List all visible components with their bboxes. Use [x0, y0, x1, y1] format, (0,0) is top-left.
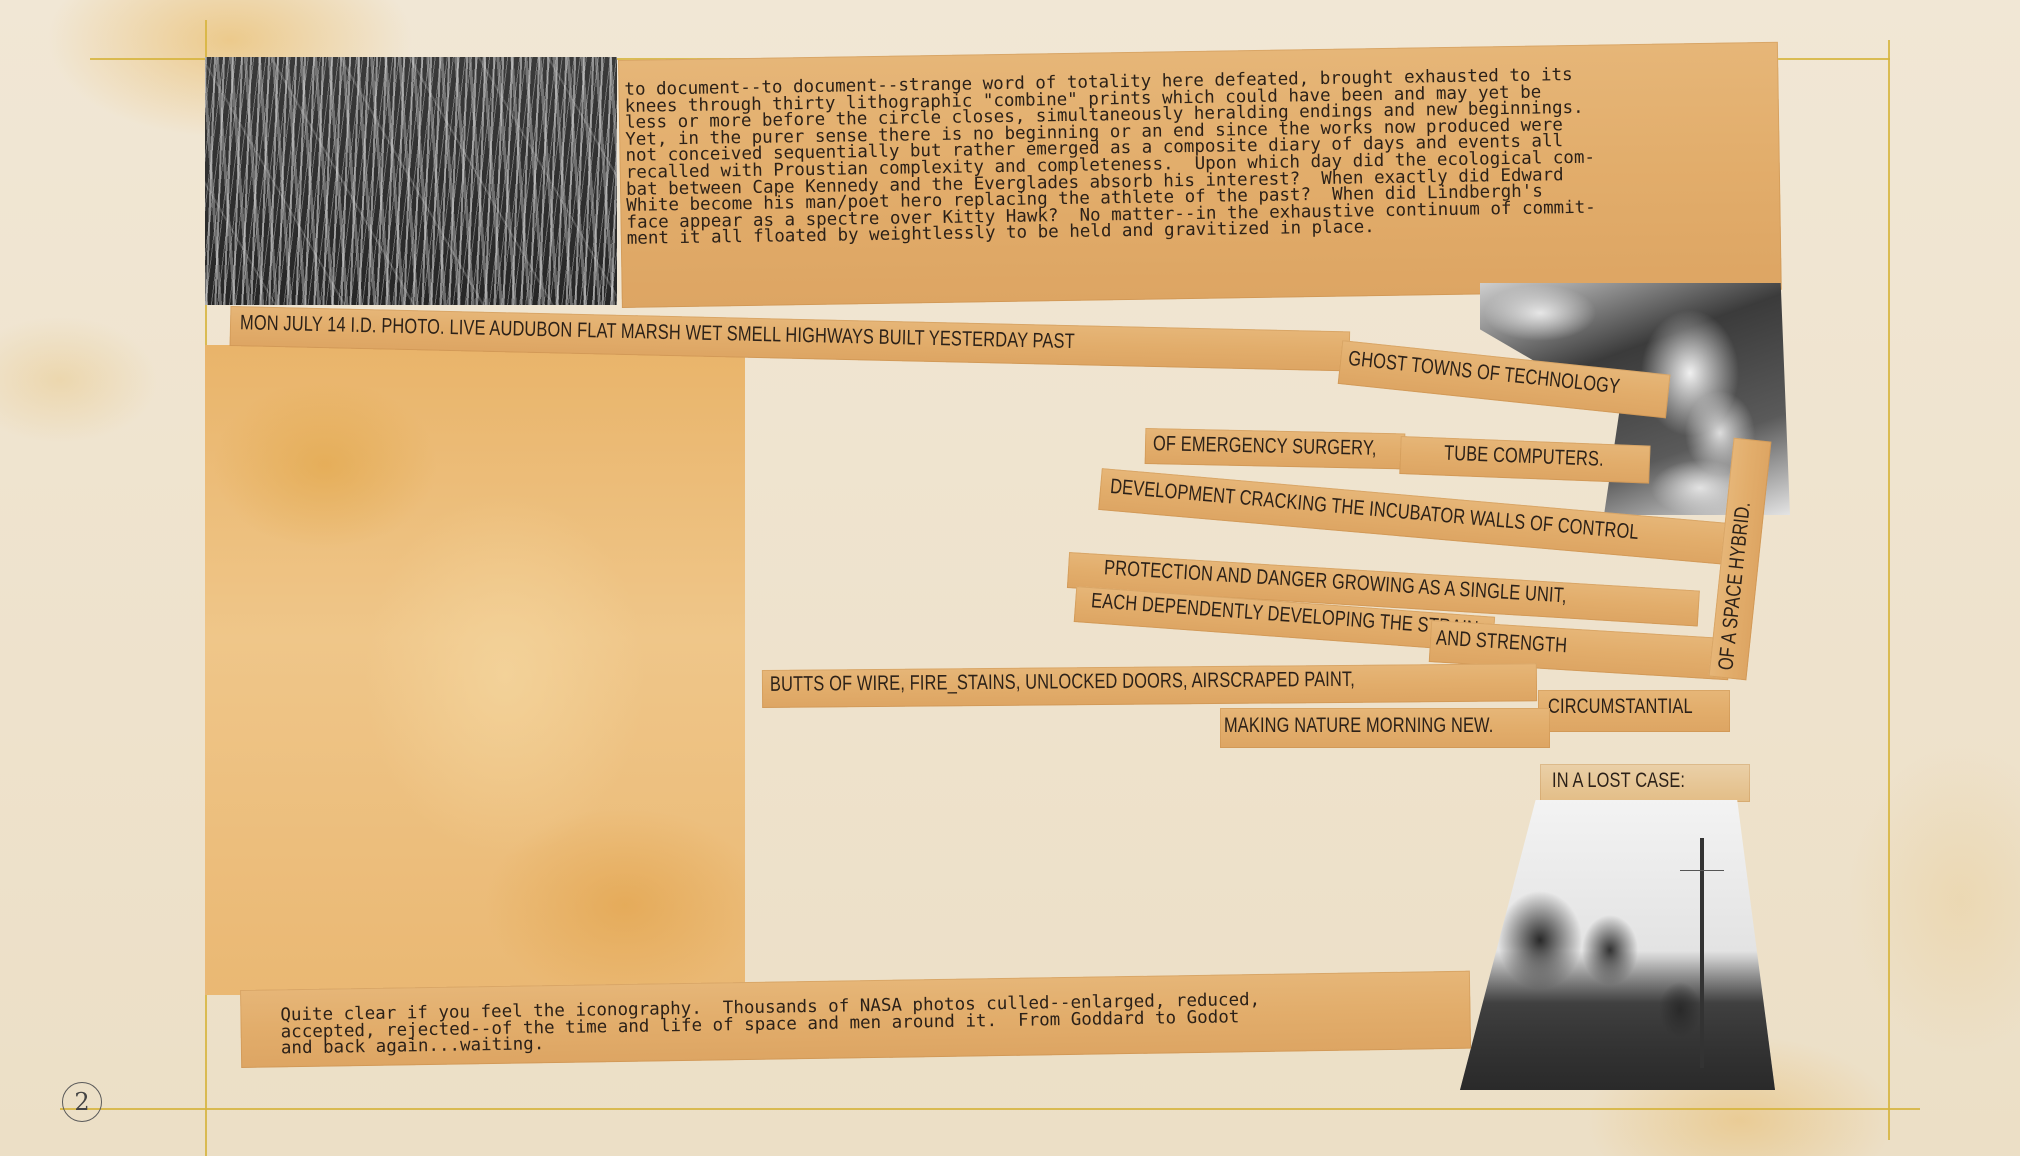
- typed-strip: IN A LOST CASE:: [1540, 764, 1750, 802]
- stained-paper-panel: [205, 345, 745, 995]
- typed-strip: OF EMERGENCY SURGERY,: [1145, 428, 1406, 469]
- radio-mast-crossbar: [1680, 870, 1724, 871]
- marsh-reeds-photo: [205, 57, 617, 305]
- guide-line-right: [1888, 40, 1890, 1140]
- typed-strip: BUTTS OF WIRE, FIRE_STAINS, UNLOCKED DOO…: [762, 663, 1537, 708]
- typed-strip: CIRCUMSTANTIAL: [1538, 690, 1730, 732]
- radio-mast: [1700, 838, 1704, 1068]
- page-number-circle: 2: [62, 1082, 102, 1122]
- guide-line-bottom: [60, 1108, 1920, 1110]
- typed-strip: MAKING NATURE MORNING NEW.: [1220, 708, 1550, 748]
- page-number: 2: [74, 1088, 89, 1116]
- typed-paragraph: to document--to document--strange word o…: [618, 42, 1782, 308]
